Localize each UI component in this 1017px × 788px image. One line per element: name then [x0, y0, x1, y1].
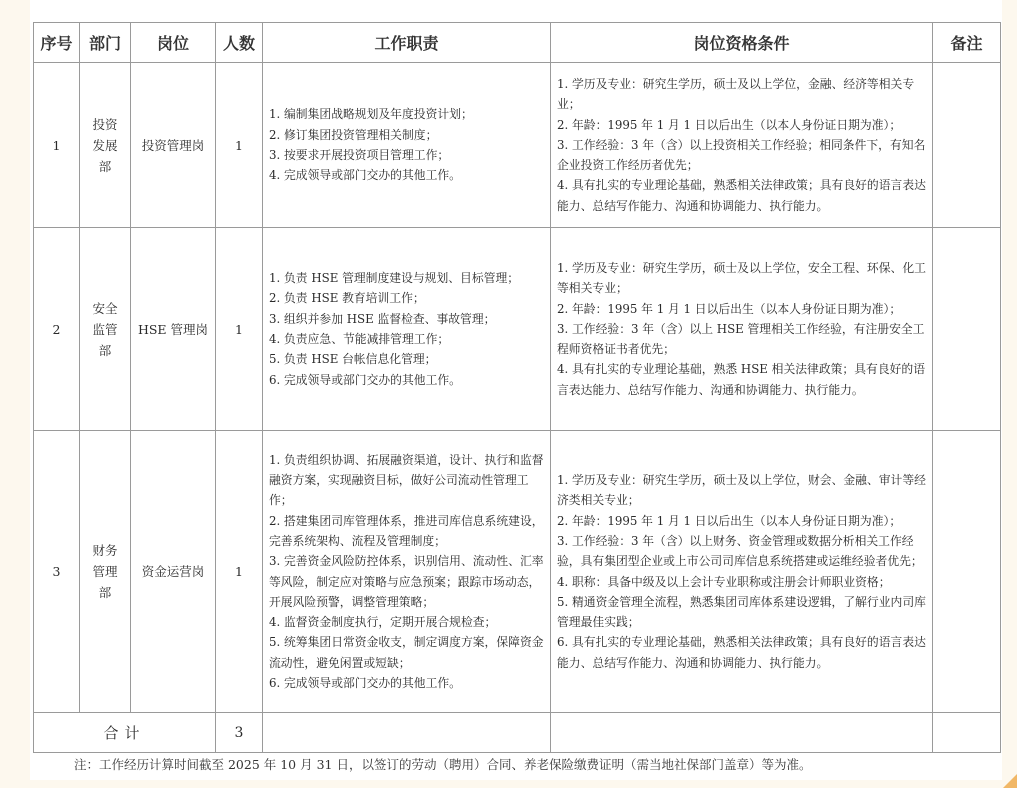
qualification-item: 1. 学历及专业：研究生学历，硕士及以上学位，金融、经济等相关专业；	[557, 74, 926, 115]
duty-item: 6. 完成领导或部门交办的其他工作。	[269, 673, 544, 693]
qualification-item: 2. 年龄：1995 年 1 月 1 日以后出生（以本人身份证日期为准）；	[557, 299, 926, 319]
cell-index: 2	[34, 228, 80, 431]
table-row: 3 财务管理部 资金运营岗 1 1. 负责组织协调、拓展融资渠道，设计、执行和监…	[34, 431, 1001, 713]
cell-index: 1	[34, 63, 80, 228]
department-label: 安全监管部	[91, 298, 119, 361]
duty-item: 1. 负责 HSE 管理制度建设与规划、目标管理；	[269, 268, 544, 288]
cell-headcount: 1	[216, 228, 263, 431]
header-department: 部门	[80, 23, 131, 63]
table-row: 2 安全监管部 HSE 管理岗 1 1. 负责 HSE 管理制度建设与规划、目标…	[34, 228, 1001, 431]
duty-item: 2. 负责 HSE 教育培训工作；	[269, 288, 544, 308]
footnote: 注：工作经历计算时间截至 2025 年 10 月 31 日，以签订的劳动（聘用）…	[74, 755, 811, 773]
cell-position: 资金运营岗	[131, 431, 216, 713]
cell-department: 财务管理部	[80, 431, 131, 713]
qualification-item: 4. 具有扎实的专业理论基础，熟悉 HSE 相关法律政策；具有良好的语言表达能力…	[557, 359, 926, 400]
duty-item: 2. 修订集团投资管理相关制度；	[269, 125, 544, 145]
qualification-item: 3. 工作经验：3 年（含）以上 HSE 管理相关工作经验，有注册安全工程师资格…	[557, 319, 926, 360]
duty-item: 3. 组织并参加 HSE 监督检查、事故管理；	[269, 309, 544, 329]
qualification-item: 5. 精通资金管理全流程，熟悉集团司库体系建设逻辑，了解行业内司库管理最佳实践；	[557, 592, 926, 633]
duty-item: 4. 监督资金制度执行，定期开展合规检查；	[269, 612, 544, 632]
header-position: 岗位	[131, 23, 216, 63]
qualification-item: 6. 具有扎实的专业理论基础，熟悉相关法律政策；具有良好的语言表达能力、总结写作…	[557, 632, 926, 673]
duty-item: 3. 按要求开展投资项目管理工作；	[269, 145, 544, 165]
cell-qualifications: 1. 学历及专业：研究生学历，硕士及以上学位，安全工程、环保、化工等相关专业； …	[551, 228, 933, 431]
total-label: 合计	[34, 713, 216, 753]
qualification-item: 2. 年龄：1995 年 1 月 1 日以后出生（以本人身份证日期为准）；	[557, 115, 926, 135]
header-index: 序号	[34, 23, 80, 63]
cell-duties: 1. 负责组织协调、拓展融资渠道，设计、执行和监督融资方案，实现融资目标，做好公…	[263, 431, 551, 713]
duty-item: 3. 完善资金风险防控体系，识别信用、流动性、汇率等风险，制定应对策略与应急预案…	[269, 551, 544, 612]
total-row: 合计 3	[34, 713, 1001, 753]
cell-position: HSE 管理岗	[131, 228, 216, 431]
total-duties-empty	[263, 713, 551, 753]
qualification-item: 2. 年龄：1995 年 1 月 1 日以后出生（以本人身份证日期为准）；	[557, 511, 926, 531]
duty-item: 5. 统筹集团日常资金收支，制定调度方案，保障资金流动性，避免闲置或短缺；	[269, 632, 544, 673]
header-duties: 工作职责	[263, 23, 551, 63]
cell-qualifications: 1. 学历及专业：研究生学历，硕士及以上学位，财会、金融、审计等经济类相关专业；…	[551, 431, 933, 713]
cell-index: 3	[34, 431, 80, 713]
duty-item: 4. 负责应急、节能减排管理工作；	[269, 329, 544, 349]
cell-headcount: 1	[216, 431, 263, 713]
cell-duties: 1. 编制集团战略规划及年度投资计划； 2. 修订集团投资管理相关制度； 3. …	[263, 63, 551, 228]
department-label: 投资发展部	[91, 114, 119, 177]
header-remarks: 备注	[933, 23, 1001, 63]
duty-item: 6. 完成领导或部门交办的其他工作。	[269, 370, 544, 390]
qualification-item: 1. 学历及专业：研究生学历，硕士及以上学位，安全工程、环保、化工等相关专业；	[557, 258, 926, 299]
duty-item: 1. 负责组织协调、拓展融资渠道，设计、执行和监督融资方案，实现融资目标，做好公…	[269, 450, 544, 511]
total-remarks-empty	[933, 713, 1001, 753]
department-label: 财务管理部	[91, 540, 119, 603]
cell-remarks	[933, 228, 1001, 431]
table-row: 1 投资发展部 投资管理岗 1 1. 编制集团战略规划及年度投资计划； 2. 修…	[34, 63, 1001, 228]
recruitment-positions-table: 序号 部门 岗位 人数 工作职责 岗位资格条件 备注 1 投资发展部 投资管理岗…	[33, 22, 1001, 753]
total-qualifications-empty	[551, 713, 933, 753]
cell-department: 安全监管部	[80, 228, 131, 431]
duty-item: 2. 搭建集团司库管理体系，推进司库信息系统建设，完善系统架构、流程及管理制度；	[269, 511, 544, 552]
header-qualifications: 岗位资格条件	[551, 23, 933, 63]
qualification-item: 3. 工作经验：3 年（含）以上投资相关工作经验；相同条件下，有知名企业投资工作…	[557, 135, 926, 176]
cell-remarks	[933, 63, 1001, 228]
qualification-item: 4. 具有扎实的专业理论基础，熟悉相关法律政策；具有良好的语言表达能力、总结写作…	[557, 175, 926, 216]
header-headcount: 人数	[216, 23, 263, 63]
qualification-item: 1. 学历及专业：研究生学历，硕士及以上学位，财会、金融、审计等经济类相关专业；	[557, 470, 926, 511]
cell-duties: 1. 负责 HSE 管理制度建设与规划、目标管理； 2. 负责 HSE 教育培训…	[263, 228, 551, 431]
duty-item: 1. 编制集团战略规划及年度投资计划；	[269, 104, 544, 124]
corner-accent-icon	[1003, 774, 1017, 788]
duty-item: 5. 负责 HSE 台帐信息化管理；	[269, 349, 544, 369]
qualification-item: 3. 工作经验：3 年（含）以上财务、资金管理或数据分析相关工作经验，具有集团型…	[557, 531, 926, 572]
cell-position: 投资管理岗	[131, 63, 216, 228]
duty-item: 4. 完成领导或部门交办的其他工作。	[269, 165, 544, 185]
qualification-item: 4. 职称：具备中级及以上会计专业职称或注册会计师职业资格；	[557, 572, 926, 592]
cell-headcount: 1	[216, 63, 263, 228]
header-row: 序号 部门 岗位 人数 工作职责 岗位资格条件 备注	[34, 23, 1001, 63]
total-value: 3	[216, 713, 263, 753]
cell-remarks	[933, 431, 1001, 713]
cell-department: 投资发展部	[80, 63, 131, 228]
cell-qualifications: 1. 学历及专业：研究生学历，硕士及以上学位，金融、经济等相关专业； 2. 年龄…	[551, 63, 933, 228]
